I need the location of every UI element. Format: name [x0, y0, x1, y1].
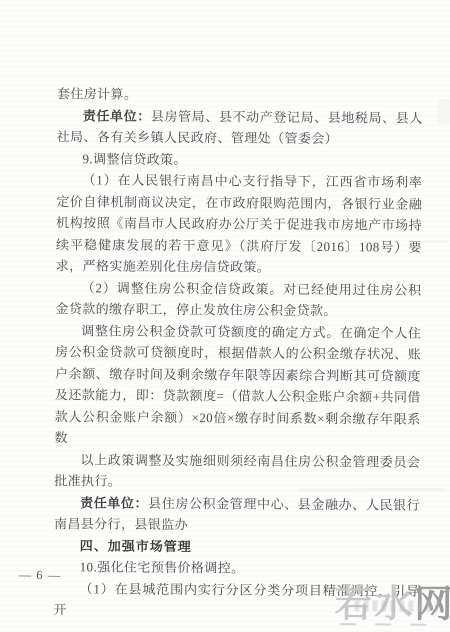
scanned-document-page: 套住房计算。 责任单位：县房管局、县不动产登记局、县地税局、县人社局、各有关乡镇…	[0, 0, 450, 632]
paragraph: （2）调整住房公积金信贷政策。对已经使用过住房公积金贷款的缴存职工，停止发放住房…	[55, 277, 421, 323]
paragraph: 调整住房公积金贷款可贷额度的确定方式。在确定个人住房公积金贷款可贷额度时，根据借…	[54, 320, 421, 452]
scan-noise-streak	[438, 99, 450, 125]
responsibility-label: 责任单位：	[80, 495, 148, 510]
responsibility-line: 责任单位：县房管局、县不动产登记局、县地税局、县人社局、各有关乡镇人民政府、管理…	[57, 105, 423, 151]
numbered-item: 10.强化住宅预售价格调控。	[54, 556, 420, 580]
watermark-underline-marks	[340, 623, 440, 626]
section-heading: 四、加强市场管理	[54, 535, 420, 559]
responsibility-line: 责任单位：县住房公积金管理中心、县金融办、人民银行南昌县分行，县银监办	[54, 492, 420, 538]
watermark-smudge	[354, 600, 438, 612]
numbered-item: 9.调整信贷政策。	[56, 148, 422, 172]
dash-mark	[375, 623, 391, 625]
paragraph: （1）在人民银行南昌中心支行指导下，江西省市场利率定价自律机制商议决定，在市政府…	[56, 169, 423, 279]
scan-noise-streak	[419, 241, 449, 243]
scan-area: 套住房计算。 责任单位：县房管局、县不动产登记局、县地税局、县人社局、各有关乡镇…	[0, 0, 450, 632]
document-body: 套住房计算。 责任单位：县房管局、县不动产登记局、县地税局、县人社局、各有关乡镇…	[53, 83, 423, 623]
dash-mark	[340, 623, 356, 625]
page-number: — 6 —	[19, 568, 62, 583]
responsibility-label: 责任单位：	[83, 108, 151, 123]
paragraph: 套住房计算。	[57, 83, 423, 107]
dash-mark	[410, 624, 426, 626]
paragraph: 以上政策调整及实施细则须经南昌住房公积金管理委员会批准执行。	[54, 449, 420, 495]
